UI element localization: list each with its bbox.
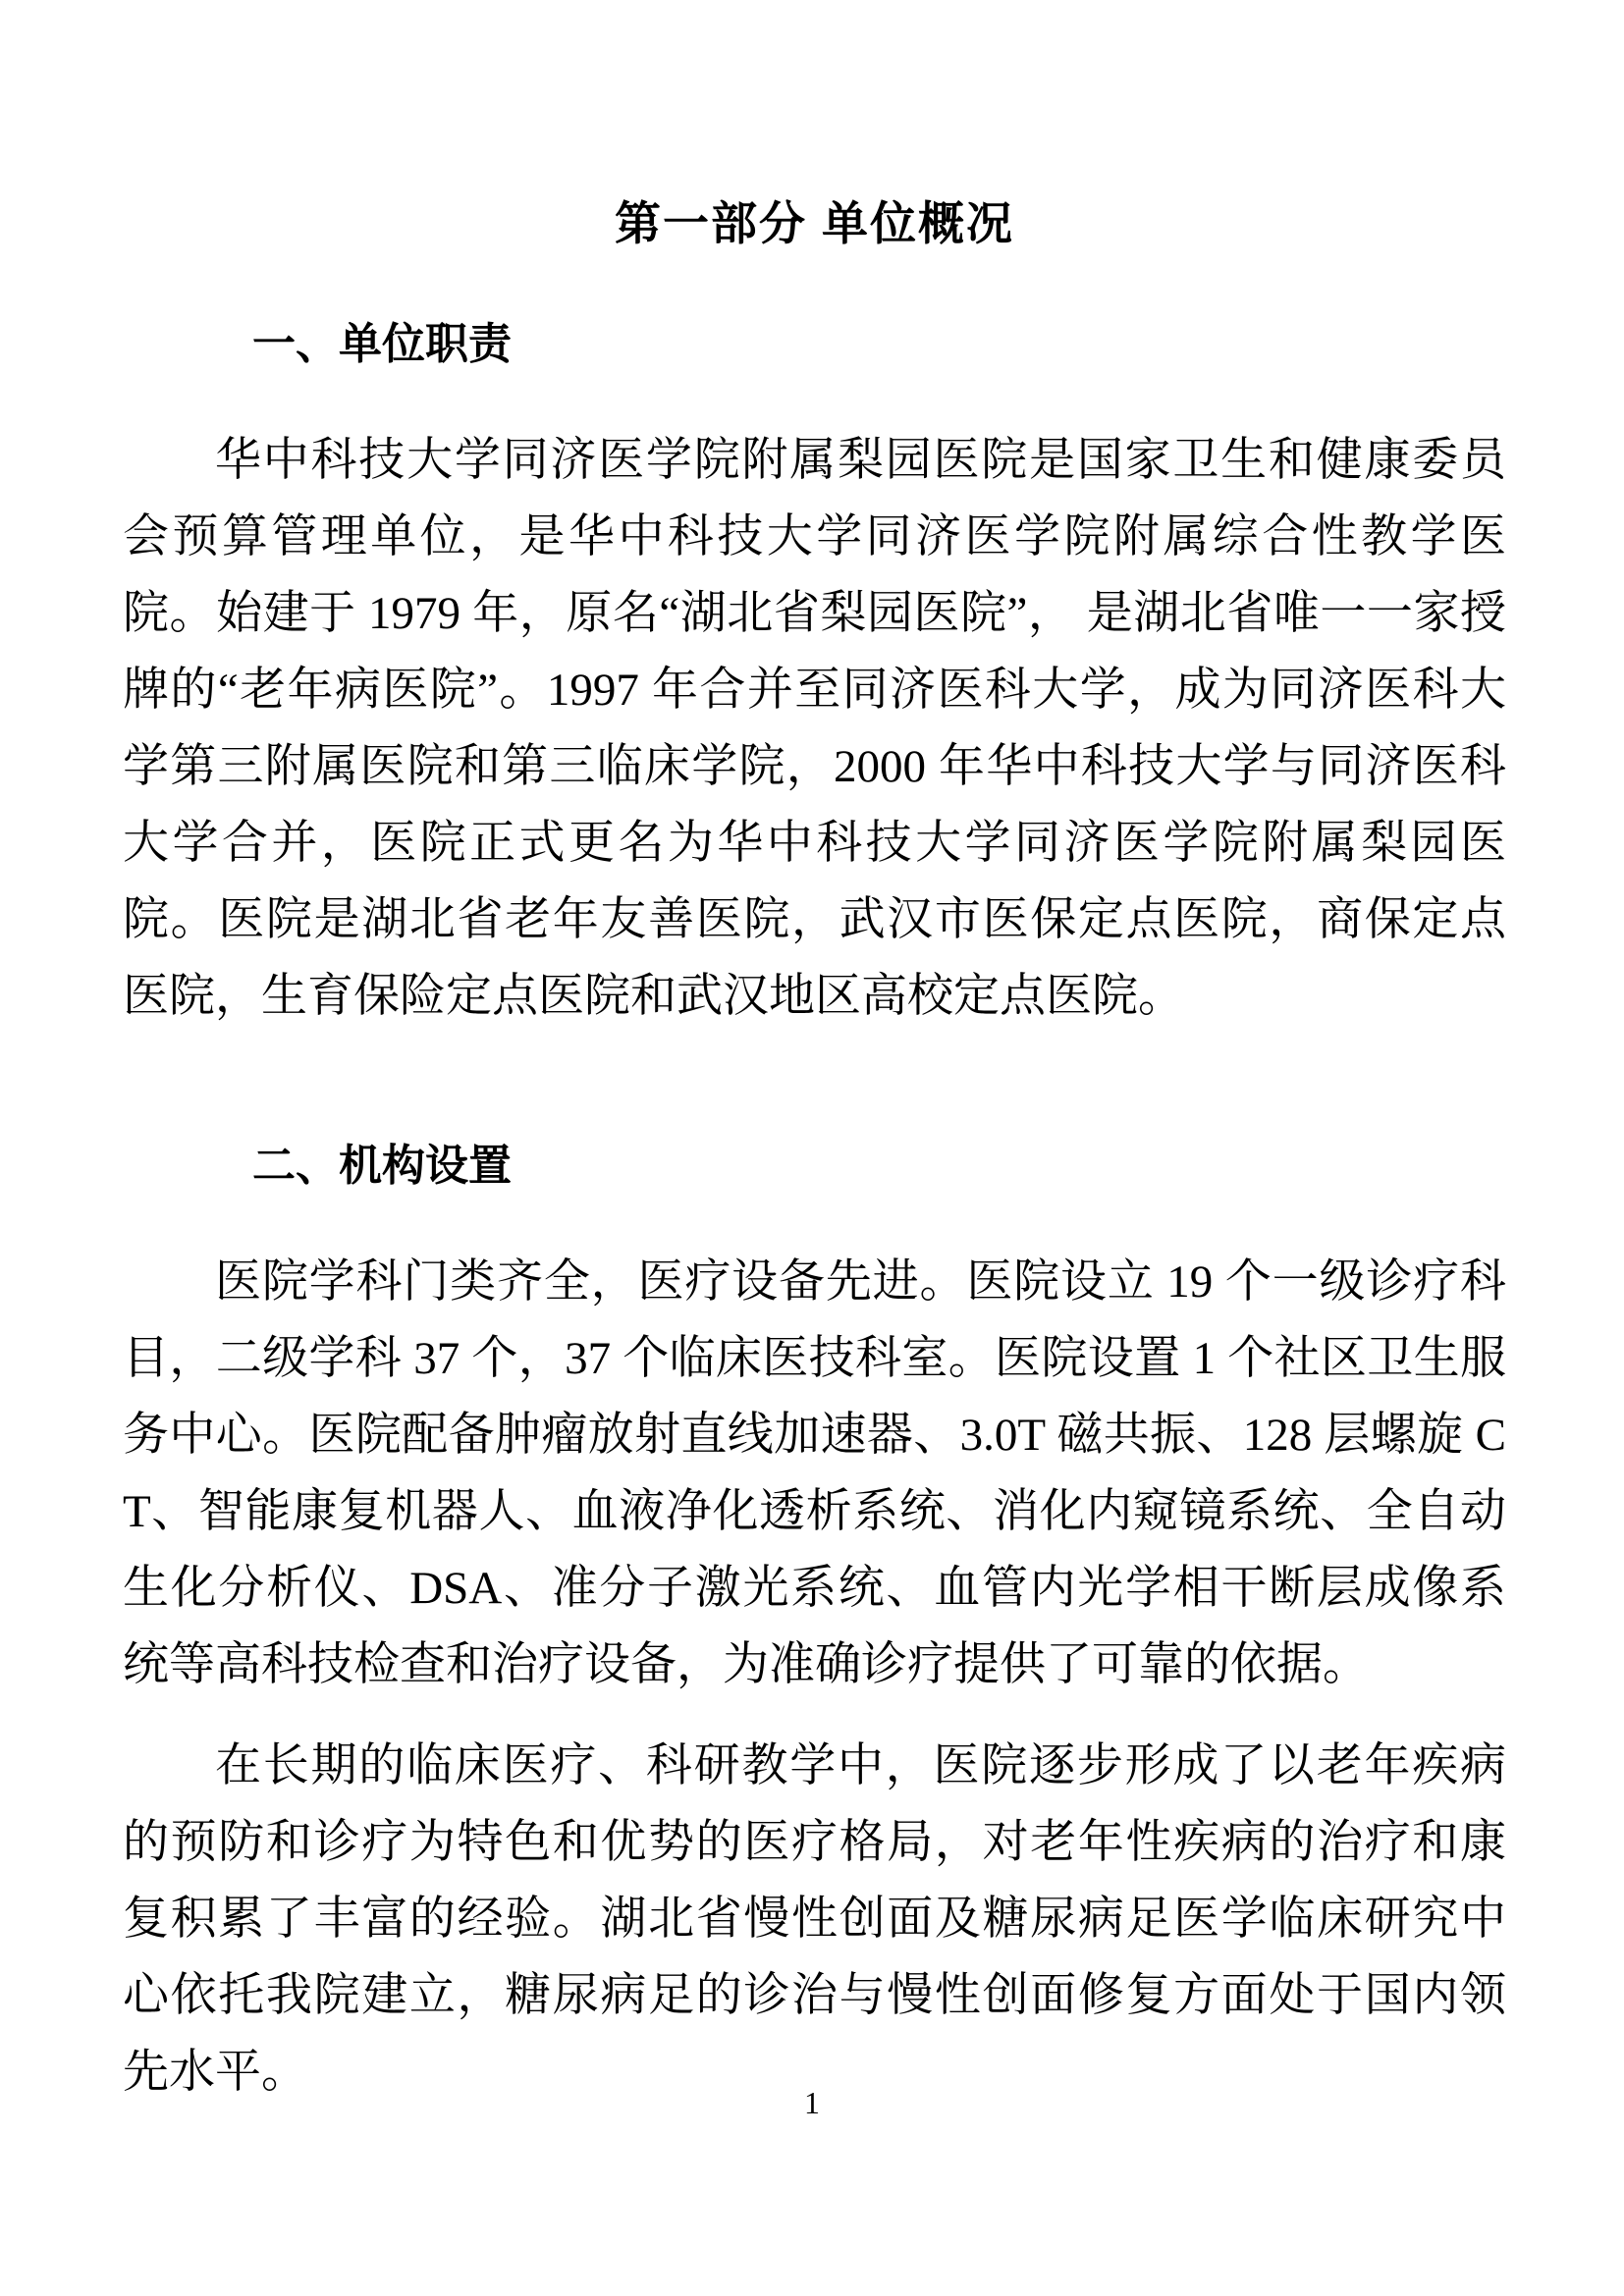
paragraph-clinical-research: 在长期的临床医疗、科研教学中，医院逐步形成了以老年疾病的预防和诊疗为特色和优势的… [123, 1728, 1506, 2110]
paragraph-departments-equipment: 医院学科门类齐全，医疗设备先进。医院设立 19 个一级诊疗科目，二级学科 37 … [123, 1244, 1506, 1703]
document-title: 第一部分 单位概况 [123, 196, 1506, 251]
section-heading-unit-duties: 一、单位职责 [123, 316, 1506, 373]
page-number: 1 [0, 2083, 1624, 2122]
page-content: 第一部分 单位概况 一、单位职责 华中科技大学同济医学院附属梨园医院是国家卫生和… [0, 196, 1624, 2110]
document-page: 第一部分 单位概况 一、单位职责 华中科技大学同济医学院附属梨园医院是国家卫生和… [0, 0, 1624, 2296]
paragraph-unit-duties: 华中科技大学同济医学院附属梨园医院是国家卫生和健康委员会预算管理单位，是华中科技… [123, 422, 1506, 1035]
section-heading-organization-setup: 二、机构设置 [123, 1138, 1506, 1195]
